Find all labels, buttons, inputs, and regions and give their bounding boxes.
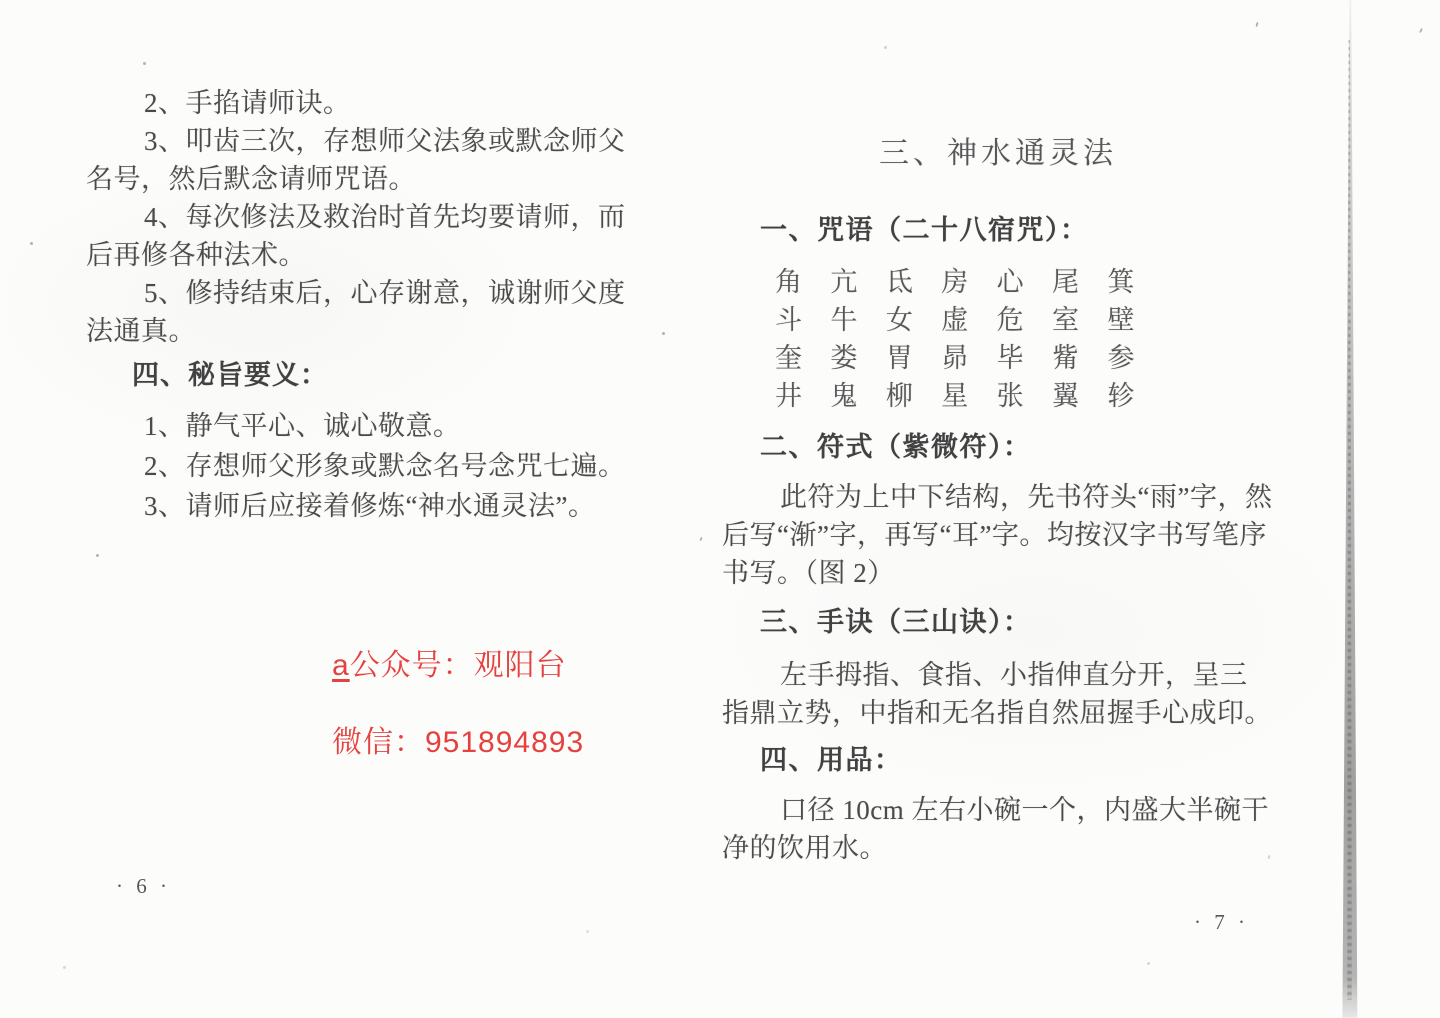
section-heading-miyi: 四、秘旨要义：: [132, 356, 638, 394]
scan-speck: [1147, 962, 1150, 965]
star-char: 星: [941, 377, 969, 415]
watermark-official-account: a公众号：观阳台: [332, 640, 567, 684]
star-char: 鬼: [830, 377, 858, 415]
star-char: 房: [941, 263, 969, 301]
list-item: 1、静气平心、诚心敬意。: [144, 406, 638, 446]
star-char: 箕: [1107, 263, 1135, 301]
numbered-paragraph: 5、修持结束后，心存谢意，诚谢师父度法通真。: [86, 274, 638, 350]
star-char: 亢: [830, 263, 858, 301]
star-char: 女: [886, 301, 914, 339]
scan-speck: [143, 62, 146, 65]
star-char: 昴: [941, 339, 969, 377]
star-char: 张: [997, 377, 1025, 415]
page-number-left: · 6 ·: [116, 874, 171, 899]
star-char: 心: [997, 263, 1025, 301]
star-row: 角亢氐房心尾箕: [775, 263, 1135, 301]
watermark-prefix: a: [332, 649, 350, 682]
star-row: 斗牛女虚危室壁: [775, 301, 1135, 339]
list-item: 2、存想师父形象或默念名号念咒七遍。: [144, 446, 638, 486]
star-char: 翼: [1052, 377, 1080, 415]
star-char: 柳: [886, 377, 914, 415]
numbered-list: 1、静气平心、诚心敬意。 2、存想师父形象或默念名号念咒七遍。 3、请师后应接着…: [144, 406, 638, 526]
scan-speck: [586, 930, 589, 933]
star-char: 毕: [997, 339, 1025, 377]
scan-speck: [662, 332, 665, 335]
star-char: 室: [1052, 301, 1080, 339]
numbered-paragraph: 3、叩齿三次，存想师父法象或默念师父名号，然后默念请师咒语。: [86, 122, 638, 198]
star-char: 奎: [775, 339, 803, 377]
star-char: 胃: [886, 339, 914, 377]
star-char: 危: [997, 301, 1025, 339]
scan-speck: [1419, 28, 1423, 33]
list-item: 3、请师后应接着修炼“神水通灵法”。: [144, 486, 638, 526]
watermark-wechat-number: 微信：951894893: [332, 717, 584, 761]
left-page: 2、手掐请师诀。 3、叩齿三次，存想师父法象或默念师父名号，然后默念请师咒语。 …: [86, 84, 638, 526]
page-number-right: · 7 ·: [1194, 910, 1249, 935]
section-heading-zhouyu: 一、咒语（二十八宿咒）：: [760, 211, 1274, 249]
watermark-official-label: 公众号：观阳台: [350, 649, 567, 682]
section-body-fushi: 此符为上中下结构，先书符头“雨”字，然后写“渐”字，再写“耳”字。均按汉字书写笔…: [722, 478, 1274, 592]
star-char: 壁: [1107, 301, 1135, 339]
scan-speck: [30, 242, 33, 245]
section-heading-fushi: 二、符式（紫微符）：: [760, 428, 1274, 466]
star-char: 轸: [1107, 377, 1135, 415]
section-heading-yongpin: 四、用品：: [760, 741, 1274, 779]
star-char: 虚: [941, 301, 969, 339]
scan-speck: [96, 554, 99, 557]
twenty-eight-mansions-grid: 角亢氐房心尾箕 斗牛女虚危室壁 奎娄胃昴毕觜参 井鬼柳星张翼轸: [775, 263, 1135, 415]
scan-speck: [699, 537, 702, 541]
section-body-shoujue: 左手拇指、食指、小指伸直分开，呈三指鼎立势，中指和无名指自然屈握手心成印。: [722, 656, 1274, 732]
section-heading-shoujue: 三、手诀（三山诀）：: [760, 603, 1274, 641]
star-char: 觜: [1052, 339, 1080, 377]
scan-speck: [1255, 22, 1258, 27]
scan-speck: [63, 966, 66, 969]
star-char: 角: [775, 263, 803, 301]
star-char: 尾: [1052, 263, 1080, 301]
star-char: 氐: [886, 263, 914, 301]
right-page: 三、神水通灵法 一、咒语（二十八宿咒）： 角亢氐房心尾箕 斗牛女虚危室壁 奎娄胃…: [722, 135, 1274, 867]
star-char: 牛: [830, 301, 858, 339]
star-char: 参: [1107, 339, 1135, 377]
numbered-paragraph: 4、每次修法及救治时首先均要请师，而后再修各种法术。: [86, 198, 638, 274]
star-row: 井鬼柳星张翼轸: [775, 377, 1135, 415]
section-body-yongpin: 口径 10cm 左右小碗一个，内盛大半碗干净的饮用水。: [722, 791, 1274, 867]
star-char: 娄: [830, 339, 858, 377]
numbered-paragraph: 2、手掐请师诀。: [86, 84, 638, 122]
star-char: 斗: [775, 301, 803, 339]
star-char: 井: [775, 377, 803, 415]
star-row: 奎娄胃昴毕觜参: [775, 339, 1135, 377]
scan-speck: [884, 46, 887, 49]
chapter-title: 三、神水通灵法: [722, 135, 1274, 173]
book-scan-spread: 2、手掐请师诀。 3、叩齿三次，存想师父法象或默念师父名号，然后默念请师咒语。 …: [0, 0, 1440, 1018]
